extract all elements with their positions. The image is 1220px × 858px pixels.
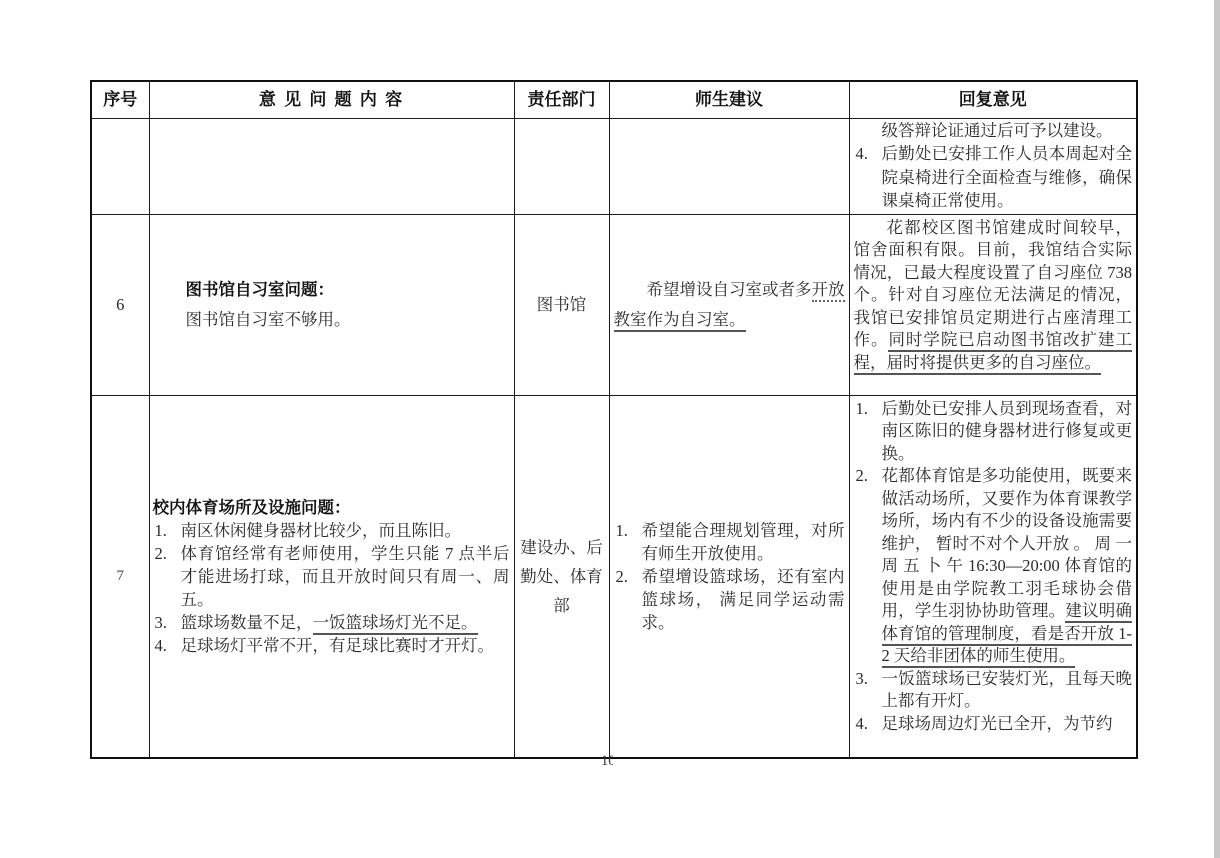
reply-item-3: 3.一饭篮球场已安装灯光，且每天晚上都有开灯。 bbox=[854, 668, 1133, 713]
suggestion-item-2: 2.希望增设篮球场，还有室内篮球场， 满足同学运动需求。 bbox=[614, 565, 845, 634]
row7-issue-title: 校内体育场所及设施问题： bbox=[153, 496, 510, 519]
row6-no: 6 bbox=[91, 214, 149, 395]
list-marker: 1. bbox=[856, 398, 868, 421]
row7-no: 7 bbox=[91, 395, 149, 758]
prev-reply-cell: 级答辩论证通过后可予以建设。 4.后勤处已安排工作人员本周起对全院桌椅进行全面检… bbox=[849, 118, 1137, 214]
list-marker: 3. bbox=[155, 611, 167, 634]
row7-issue-cell: 校内体育场所及设施问题： 1.南区休闲健身器材比较少，而且陈旧。 2.体育馆经常… bbox=[149, 395, 514, 758]
row-prev-continued: 级答辩论证通过后可予以建设。 4.后勤处已安排工作人员本周起对全院桌椅进行全面检… bbox=[91, 118, 1137, 214]
header-reply: 回复意见 bbox=[849, 81, 1137, 118]
reply-underline: 同时学院已启动图书馆改扩建工程，届时将提供更多的自习座位。 bbox=[854, 330, 1133, 375]
row6-issue-cell: 图书馆自习室问题： 图书馆自习室不够用。 bbox=[149, 214, 514, 395]
list-marker: 1. bbox=[155, 519, 167, 542]
list-marker: 2. bbox=[616, 565, 628, 588]
issue-text: 篮球场数量不足， bbox=[181, 613, 313, 632]
issue-text: 体育馆经常有老师使用，学生只能 7 点半后才能进场打球，而且开放时间只有周一、周… bbox=[181, 544, 510, 609]
row6-reply-par: 花都校区图书馆建成时间较早，馆舍面积有限。目前，我馆结合实际情况，已最大程度设置… bbox=[854, 217, 1133, 375]
suggestion-underline-dotted: 开放 bbox=[812, 280, 845, 302]
suggestion-item-1: 1.希望能合理规划管理，对所有师生开放使用。 bbox=[614, 519, 845, 565]
issue-item-4: 4.足球场灯平常不开，有足球比赛时才开灯。 bbox=[153, 634, 510, 657]
list-marker: 4. bbox=[856, 142, 868, 166]
issue-item-1: 1.南区休闲健身器材比较少，而且陈旧。 bbox=[153, 519, 510, 542]
reply-text: 足球场周边灯光已全开，为节约 bbox=[882, 714, 1113, 733]
list-marker: 1. bbox=[616, 519, 628, 542]
list-marker: 3. bbox=[856, 668, 868, 691]
header-row: 序号 意 见 问 题 内 容 责任部门 师生建议 回复意见 bbox=[91, 81, 1137, 118]
page-number: 10 bbox=[601, 753, 613, 770]
suggestion-text: 希望增设篮球场，还有室内篮球场， 满足同学运动需求。 bbox=[642, 567, 845, 632]
list-marker: 2. bbox=[856, 465, 868, 488]
prev-content-cell bbox=[149, 118, 514, 214]
reply-text: 后勤处已安排人员到现场查看，对南区陈旧的健身器材进行修复或更换。 bbox=[882, 399, 1133, 463]
row-6: 6 图书馆自习室问题： 图书馆自习室不够用。 图书馆 希望增设自习室或者多开放教… bbox=[91, 214, 1137, 395]
prev-suggestion-cell bbox=[609, 118, 849, 214]
row6-reply-cell: 花都校区图书馆建成时间较早，馆舍面积有限。目前，我馆结合实际情况，已最大程度设置… bbox=[849, 214, 1137, 395]
row7-suggestion-cell: 1.希望能合理规划管理，对所有师生开放使用。 2.希望增设篮球场，还有室内篮球场… bbox=[609, 395, 849, 758]
reply-continued-line: 级答辩论证通过后可予以建设。 bbox=[854, 119, 1133, 143]
header-no: 序号 bbox=[91, 81, 149, 118]
issue-item-3: 3.篮球场数量不足，一饭篮球场灯光不足。 bbox=[153, 611, 510, 634]
header-dept: 责任部门 bbox=[514, 81, 609, 118]
reply-item-text: 后勤处已安排工作人员本周起对全院桌椅进行全面检查与维修，确保课桌椅正常使用。 bbox=[882, 144, 1133, 210]
right-page-edge bbox=[1214, 0, 1220, 858]
suggestion-text: 希望能合理规划管理，对所有师生开放使用。 bbox=[642, 521, 845, 563]
row7-reply-cell: 1.后勤处已安排人员到现场查看，对南区陈旧的健身器材进行修复或更换。 2.花都体… bbox=[849, 395, 1137, 758]
reply-item-1: 1.后勤处已安排人员到现场查看，对南区陈旧的健身器材进行修复或更换。 bbox=[854, 398, 1133, 466]
reply-text: 一饭篮球场已安装灯光，且每天晚上都有开灯。 bbox=[882, 669, 1133, 711]
header-content: 意 见 问 题 内 容 bbox=[149, 81, 514, 118]
list-marker: 4. bbox=[856, 713, 868, 736]
issue-text: 南区休闲健身器材比较少，而且陈旧。 bbox=[181, 521, 462, 540]
suggestion-underline: 教室作为自习室。 bbox=[614, 310, 746, 332]
prev-dept-cell bbox=[514, 118, 609, 214]
header-suggestion: 师生建议 bbox=[609, 81, 849, 118]
reply-item-4: 4.足球场周边灯光已全开，为节约 bbox=[854, 713, 1133, 736]
reply-item-2: 2.花都体育馆是多功能使用，既要来做活动场所，又要作为体育课教学场所，场内有不少… bbox=[854, 465, 1133, 668]
row-7: 7 校内体育场所及设施问题： 1.南区休闲健身器材比较少，而且陈旧。 2.体育馆… bbox=[91, 395, 1137, 758]
suggestion-text: 希望增设自习室或者多 bbox=[647, 280, 812, 299]
issue-underline: 一饭篮球场灯光不足。 bbox=[313, 613, 478, 635]
issue-item-2: 2.体育馆经常有老师使用，学生只能 7 点半后才能进场打球，而且开放时间只有周一… bbox=[153, 542, 510, 611]
row6-dept: 图书馆 bbox=[514, 214, 609, 395]
page-number-value: 10 bbox=[601, 753, 613, 770]
row6-issue-title: 图书馆自习室问题： bbox=[186, 275, 510, 305]
list-marker: 4. bbox=[155, 634, 167, 657]
issue-text: 足球场灯平常不开，有足球比赛时才开灯。 bbox=[181, 636, 495, 655]
document-page: 序号 意 见 问 题 内 容 责任部门 师生建议 回复意见 级答辩论证通过后可予… bbox=[0, 0, 1220, 858]
prev-no-cell bbox=[91, 118, 149, 214]
row7-dept: 建设办、后勤处、体育部 bbox=[514, 395, 609, 758]
list-marker: 2. bbox=[155, 542, 167, 565]
reply-item-4: 4.后勤处已安排工作人员本周起对全院桌椅进行全面检查与维修，确保课桌椅正常使用。 bbox=[854, 142, 1133, 213]
row6-suggestion-cell: 希望增设自习室或者多开放教室作为自习室。 bbox=[609, 214, 849, 395]
reply-text: 花都体育馆是多功能使用，既要来做活动场所，又要作为体育课教学场所，场内有不少的设… bbox=[882, 466, 1133, 620]
row6-issue-body: 图书馆自习室不够用。 bbox=[186, 305, 510, 335]
feedback-table: 序号 意 见 问 题 内 容 责任部门 师生建议 回复意见 级答辩论证通过后可予… bbox=[90, 80, 1138, 759]
row6-suggestion-par: 希望增设自习室或者多开放教室作为自习室。 bbox=[614, 275, 845, 335]
